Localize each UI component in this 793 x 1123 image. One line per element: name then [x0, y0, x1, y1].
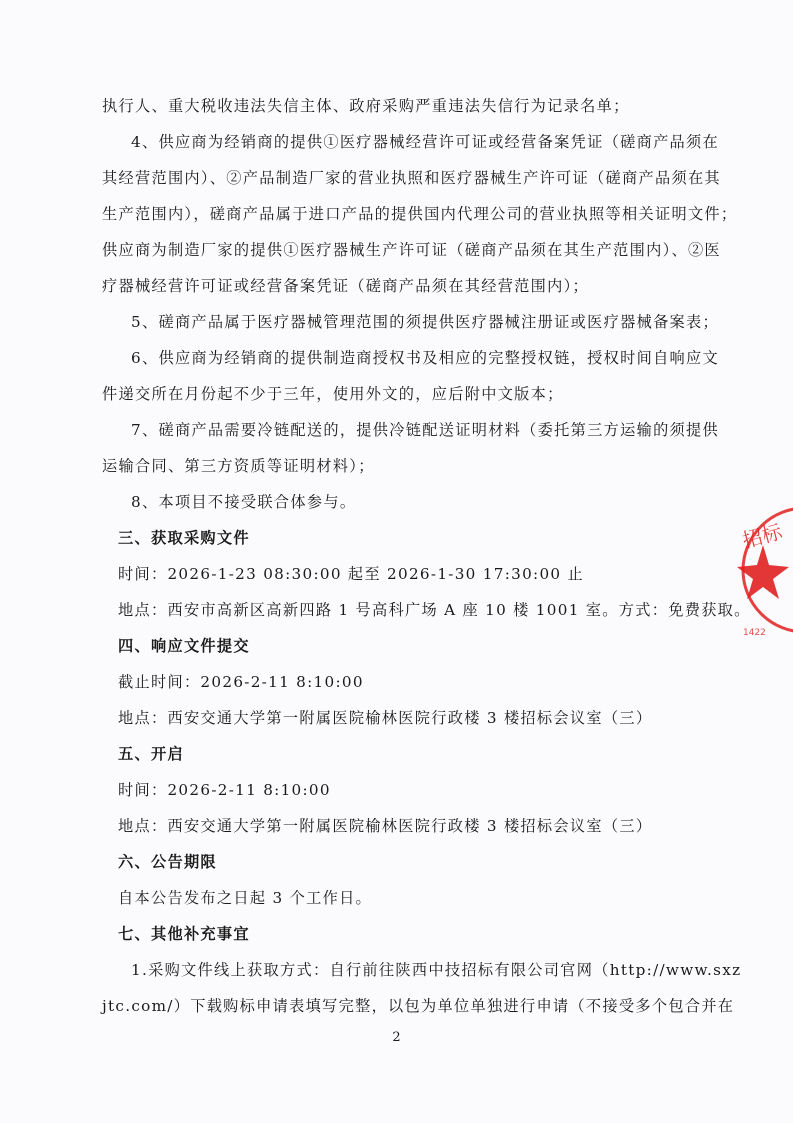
section-heading: 七、其他补充事宜: [118, 924, 718, 944]
text-line: 地点：西安交通大学第一附属医院榆林医院行政楼 3 楼招标会议室（三）: [118, 708, 718, 728]
text-line: 疗器械经营许可证或经营备案凭证（磋商产品须在其经营范围内）；: [102, 276, 702, 296]
text-line: 件递交所在月份起不少于三年，使用外文的，应后附中文版本；: [102, 384, 702, 404]
text-line: 1.采购文件线上获取方式：自行前往陕西中技招标有限公司官网（http://www…: [131, 960, 731, 980]
document-page: 执行人、重大税收违法失信主体、政府采购严重违法失信行为记录名单；4、供应商为经销…: [0, 0, 793, 1123]
section-heading: 四、响应文件提交: [118, 636, 718, 656]
svg-text:1422: 1422: [743, 628, 766, 638]
text-line: 自本公告发布之日起 3 个工作日。: [118, 888, 718, 908]
text-line: 时间：2026-1-23 08:30:00 起至 2026-1-30 17:30…: [118, 564, 718, 584]
text-line: 5、磋商产品属于医疗器械管理范围的须提供医疗器械注册证或医疗器械备案表；: [131, 312, 731, 332]
section-heading: 五、开启: [118, 744, 718, 764]
text-line: 4、供应商为经销商的提供①医疗器械经营许可证或经营备案凭证（磋商产品须在: [131, 132, 731, 152]
section-heading: 三、获取采购文件: [118, 528, 718, 548]
text-line: 供应商为制造厂家的提供①医疗器械生产许可证（磋商产品须在其生产范围内）、②医: [102, 240, 702, 260]
text-line: 地点：西安市高新区高新四路 1 号高科广场 A 座 10 楼 1001 室。方式…: [118, 600, 718, 620]
section-heading: 六、公告期限: [118, 852, 718, 872]
text-line: 8、本项目不接受联合体参与。: [131, 492, 731, 512]
text-line: 截止时间：2026-2-11 8:10:00: [118, 672, 718, 692]
text-line: 其经营范围内）、②产品制造厂家的营业执照和医疗器械生产许可证（磋商产品须在其: [102, 168, 702, 188]
text-line: 时间：2026-2-11 8:10:00: [118, 780, 718, 800]
official-seal-icon: 招标 1422: [735, 495, 793, 645]
text-line: 生产范围内），磋商产品属于进口产品的提供国内代理公司的营业执照等相关证明文件；: [102, 204, 702, 224]
text-line: 地点：西安交通大学第一附属医院榆林医院行政楼 3 楼招标会议室（三）: [118, 816, 718, 836]
text-line: jtc.com/）下载购标申请表填写完整，以包为单位单独进行申请（不接受多个包合…: [102, 996, 702, 1016]
page-number: 2: [0, 1030, 793, 1045]
text-line: 6、供应商为经销商的提供制造商授权书及相应的完整授权链，授权时间自响应文: [131, 348, 731, 368]
text-line: 运输合同、第三方资质等证明材料）；: [102, 456, 702, 476]
text-line: 执行人、重大税收违法失信主体、政府采购严重违法失信行为记录名单；: [102, 96, 702, 116]
text-line: 7、磋商产品需要冷链配送的，提供冷链配送证明材料（委托第三方运输的须提供: [131, 420, 731, 440]
